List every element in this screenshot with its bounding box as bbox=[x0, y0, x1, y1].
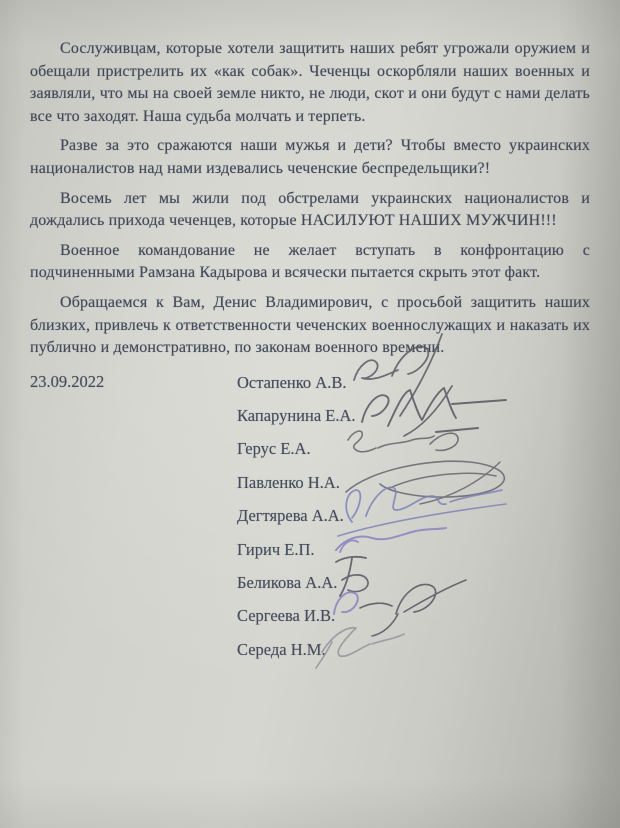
signatory-name: Сергеева И.В. bbox=[237, 606, 335, 626]
letter-body: Сослуживцам, которые хотели защитить наш… bbox=[30, 38, 590, 367]
signature-scribble bbox=[338, 487, 506, 536]
signatory-row: Дегтярева А.А. bbox=[237, 500, 356, 533]
signatory-row: Середа Н.М. bbox=[237, 633, 356, 666]
signatory-name: Гирич Е.П. bbox=[237, 540, 315, 560]
signature-scribble bbox=[346, 461, 504, 504]
paragraph: Восемь лет мы жили под обстрелами украин… bbox=[30, 188, 590, 233]
signatory-name: Дегтярева А.А. bbox=[237, 506, 344, 526]
signature-scribble bbox=[362, 386, 506, 436]
signatory-name: Капарунина Е.А. bbox=[237, 406, 356, 426]
paragraph: Обращаемся к Вам, Денис Владимирович, с … bbox=[30, 292, 590, 360]
document-page: Сослуживцам, которые хотели защитить наш… bbox=[0, 0, 620, 828]
signature-scribble bbox=[348, 431, 458, 452]
paragraph: Военное командование не желает вступать … bbox=[30, 240, 590, 285]
signatory-name: Остапенко А.В. bbox=[237, 373, 346, 393]
paragraph: Разве за это сражаются наши мужья и дети… bbox=[30, 135, 590, 180]
signatory-name: Герус Е.А. bbox=[237, 439, 311, 459]
paragraph: Сослуживцам, которые хотели защитить наш… bbox=[30, 38, 590, 128]
signatory-row: Сергеева И.В. bbox=[237, 600, 356, 633]
signatory-row: Беликова А.А. bbox=[237, 566, 356, 599]
signatory-row: Остапенко А.В. bbox=[237, 366, 356, 399]
signatory-name: Павленко Н.А. bbox=[237, 473, 340, 493]
signatory-row: Капарунина Е.А. bbox=[237, 399, 356, 432]
signatory-name: Беликова А.А. bbox=[237, 573, 337, 593]
signatory-row: Павленко Н.А. bbox=[237, 466, 356, 499]
signatory-row: Герус Е.А. bbox=[237, 433, 356, 466]
signatory-row: Гирич Е.П. bbox=[237, 533, 356, 566]
signatory-name: Середа Н.М. bbox=[237, 640, 326, 660]
signatory-list: Остапенко А.В. Капарунина Е.А. Герус Е.А… bbox=[237, 366, 356, 667]
document-date: 23.09.2022 bbox=[30, 372, 104, 392]
